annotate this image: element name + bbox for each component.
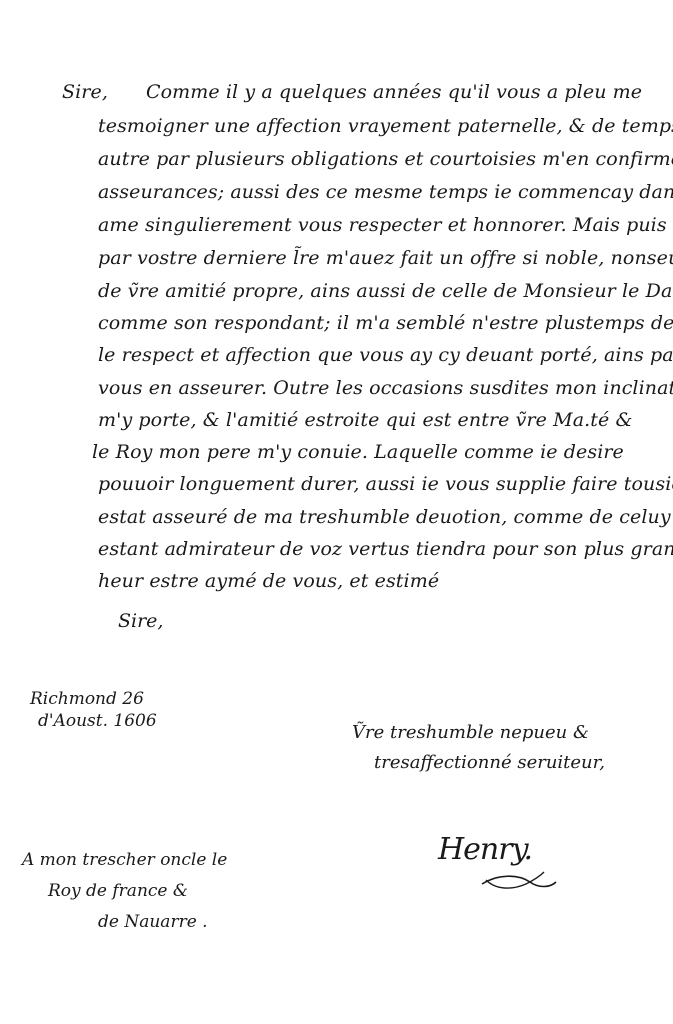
body-line-16: heur estre aymé de vous, et estimé: [98, 572, 439, 591]
body-line-4: asseurances; aussi des ce mesme temps ie…: [98, 183, 673, 202]
body-line-11: m'y porte, & l'amitié estroite qui est e…: [98, 411, 633, 430]
body-line-8: comme son respondant; il m'a semblé n'es…: [98, 314, 673, 333]
address-line-3: de Nauarre .: [22, 907, 227, 938]
body-line-6: par vostre derniere l̃re m'auez fait un …: [98, 249, 673, 268]
valediction-line-2: tresaffectionné seruiteur,: [352, 748, 605, 778]
body-line-10: vous en asseurer. Outre les occasions su…: [98, 379, 673, 398]
body-line-1: Sire,Comme il y a quelques années qu'il …: [62, 83, 642, 102]
address-line-1: A mon trescher oncle le: [22, 845, 227, 876]
valediction-line-1: Ṽre treshumble nepueu &: [352, 718, 605, 748]
body-line-7: de ṽre amitié propre, ains aussi de cell…: [98, 282, 673, 301]
date-line: d'Aoust. 1606: [30, 710, 157, 732]
opening-salutation: Sire,: [62, 81, 108, 103]
body-line-9: le respect et affection que vous ay cy d…: [98, 346, 673, 365]
signature-flourish-icon: [478, 870, 558, 894]
body-line-2: tesmoigner une affection vrayement pater…: [98, 117, 673, 136]
body-line-15: estant admirateur de voz vertus tiendra …: [98, 540, 673, 559]
body-line-12: le Roy mon pere m'y conuie. Laquelle com…: [92, 443, 624, 462]
closing-salutation: Sire,: [118, 610, 163, 632]
address-line-2: Roy de france &: [22, 876, 227, 907]
valediction: Ṽre treshumble nepueu & tresaffectionné …: [352, 718, 605, 778]
body-line-14: estat asseuré de ma treshumble deuotion,…: [98, 508, 673, 527]
signature: Henry.: [438, 832, 532, 867]
address-block: A mon trescher oncle le Roy de france & …: [22, 845, 227, 938]
body-line-13: pouuoir longuement durer, aussi ie vous …: [98, 475, 673, 494]
place-line: Richmond 26: [30, 688, 157, 710]
body-line-text: Comme il y a quelques années qu'il vous …: [146, 81, 642, 103]
body-line-5: ame singulierement vous respecter et hon…: [98, 216, 673, 235]
body-line-3: autre par plusieurs obligations et court…: [98, 150, 673, 169]
place-date: Richmond 26 d'Aoust. 1606: [30, 688, 157, 732]
letter-page: Sire,Comme il y a quelques années qu'il …: [0, 0, 673, 1024]
